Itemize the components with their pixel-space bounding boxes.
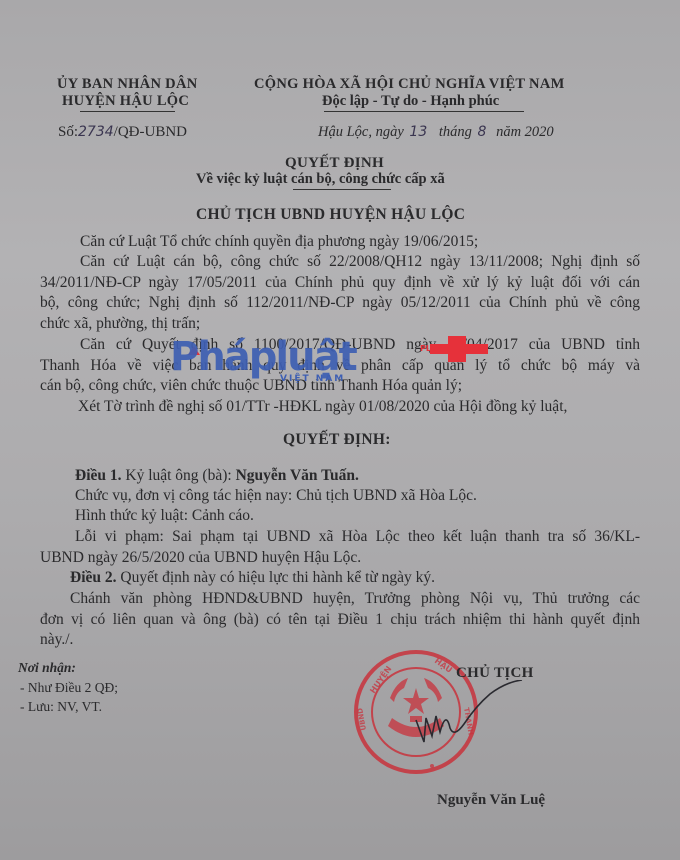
agency-name: ỦY BAN NHÂN DÂN — [57, 76, 198, 93]
header-right-rule — [324, 111, 524, 112]
decision-title: QUYẾT ĐỊNH — [285, 155, 384, 172]
scanned-document: ỦY BAN NHÂN DÂN HUYỆN HẬU LỘC CỘNG HÒA X… — [0, 0, 680, 860]
preamble-line: chức xã, phường, thị trấn; — [40, 315, 640, 333]
preamble-line: bộ, công chức; Nghị định số 112/2011/NĐ-… — [40, 294, 640, 312]
recipient-item: - Như Điều 2 QĐ; — [20, 680, 118, 696]
day-handwritten: 13 — [409, 124, 427, 140]
place-date: Hậu Lộc, ngày 13 tháng 8 năm 2020 — [318, 124, 554, 141]
month-handwritten: 8 — [478, 124, 487, 140]
decision-heading: QUYẾT ĐỊNH: — [283, 431, 391, 449]
preamble-line: Căn cứ Luật cán bộ, công chức số 22/2008… — [40, 253, 640, 271]
nation-title: CỘNG HÒA XÃ HỘI CHỦ NGHĨA VIỆT NAM — [254, 76, 565, 93]
article-1-violation: Lỗi vi phạm: Sai phạm tại UBND xã Hòa Lộ… — [40, 528, 640, 546]
article-1-position: Chức vụ, đơn vị công tác hiện nay: Chủ t… — [40, 487, 640, 505]
article-2: Điều 2. Quyết định này có hiệu lực thi h… — [40, 569, 640, 587]
watermark-logo: Phápluật PLUS VIỆT NAM — [170, 340, 480, 380]
agency-district: HUYỆN HẬU LỘC — [62, 93, 189, 110]
header-left-rule — [80, 111, 175, 112]
plus-vertical-icon — [448, 336, 466, 362]
watermark-sub: VIỆT NAM — [280, 374, 345, 384]
preamble-line: Xét Tờ trình đề nghị số 01/TTr -HĐKL ngà… — [40, 398, 640, 416]
preamble-line: Căn cứ Luật Tổ chức chính quyền địa phươ… — [40, 233, 640, 251]
article-1-violation-cont: UBND ngày 26/5/2020 của UBND huyện Hậu L… — [40, 549, 640, 567]
preamble-line: 34/2011/NĐ-CP ngày 17/05/2011 của Chính … — [40, 274, 640, 292]
signature-icon — [410, 680, 550, 750]
article-1: Điều 1. Kỷ luật ông (bà): Nguyễn Văn Tuấ… — [40, 467, 640, 485]
recipients-label: Nơi nhận: — [18, 660, 76, 676]
doc-number: Số:2734/QĐ-UBND — [58, 124, 187, 141]
signer-name: Nguyễn Văn Luệ — [437, 792, 545, 809]
watermark-plus: PLUS — [420, 344, 443, 353]
doc-number-handwritten: 2734 — [78, 124, 114, 140]
execution-line: này./. — [40, 631, 640, 649]
article-1-label: Điều 1. — [75, 467, 122, 484]
decision-subject: Về việc kỷ luật cán bộ, công chức cấp xã — [196, 171, 445, 188]
authority-title: CHỦ TỊCH UBND HUYỆN HẬU LỘC — [196, 206, 465, 224]
article-2-label: Điều 2. — [70, 569, 117, 586]
disciplined-person: Nguyễn Văn Tuấn. — [236, 467, 359, 484]
execution-line: đơn vị có liên quan và ông (bà) có tên t… — [40, 611, 640, 629]
execution-line: Chánh văn phòng HĐND&UBND huyện, Trưởng … — [40, 590, 640, 608]
nation-motto: Độc lập - Tự do - Hạnh phúc — [322, 93, 499, 110]
svg-text:HUYỆN: HUYỆN — [367, 664, 393, 695]
subject-rule — [293, 189, 391, 190]
article-1-form: Hình thức kỷ luật: Cảnh cáo. — [40, 507, 640, 525]
recipient-item: - Lưu: NV, VT. — [20, 699, 102, 715]
